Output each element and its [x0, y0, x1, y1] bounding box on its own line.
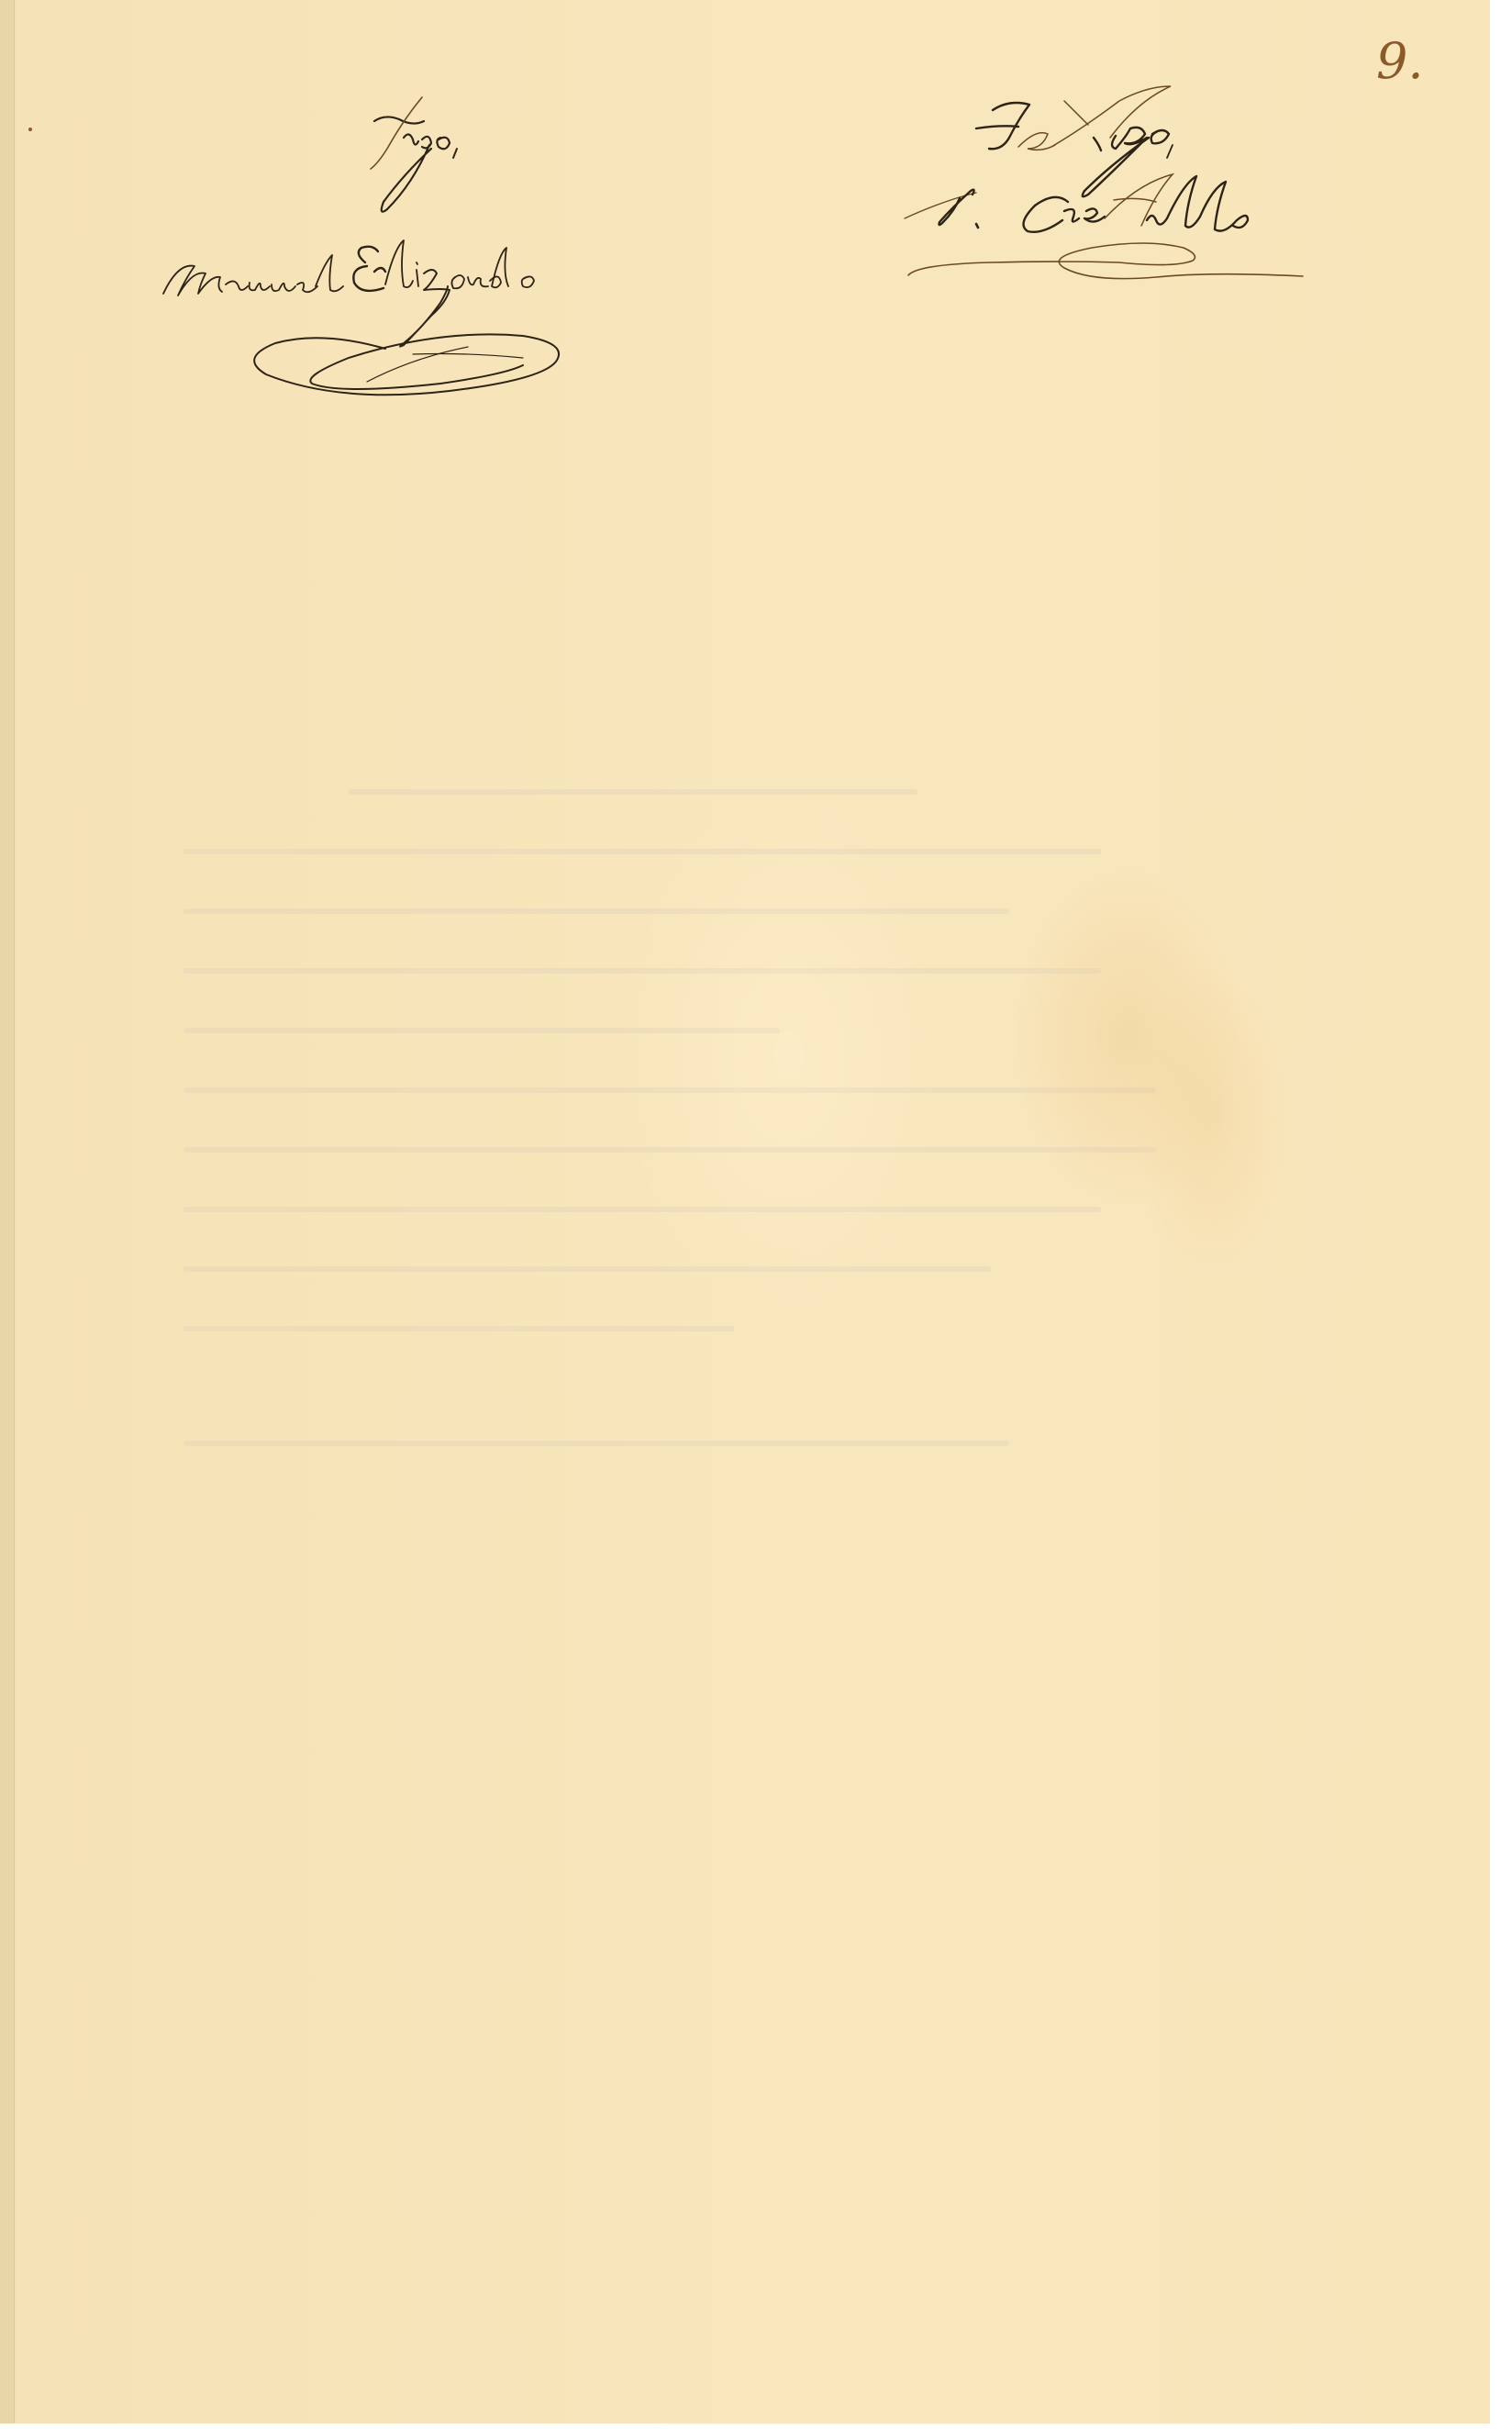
signature-left-name: Manuel Elizondo [138, 83, 146, 84]
signature-right-name: V. Castillo [881, 73, 885, 74]
signature-right: Testigo, V. Castillo [881, 73, 1340, 312]
signature-left-drawing [138, 83, 706, 413]
ink-speck [28, 128, 32, 131]
document-page: 9. Tgo, Manuel Elizondo Testigo, V. Cast… [0, 0, 1490, 2423]
page-edge [0, 0, 15, 2423]
bleed-through-text [147, 789, 1294, 1432]
signature-right-drawing [881, 73, 1340, 312]
signature-left: Tgo, Manuel Elizondo [138, 83, 706, 413]
page-number: 9. [1376, 37, 1424, 86]
